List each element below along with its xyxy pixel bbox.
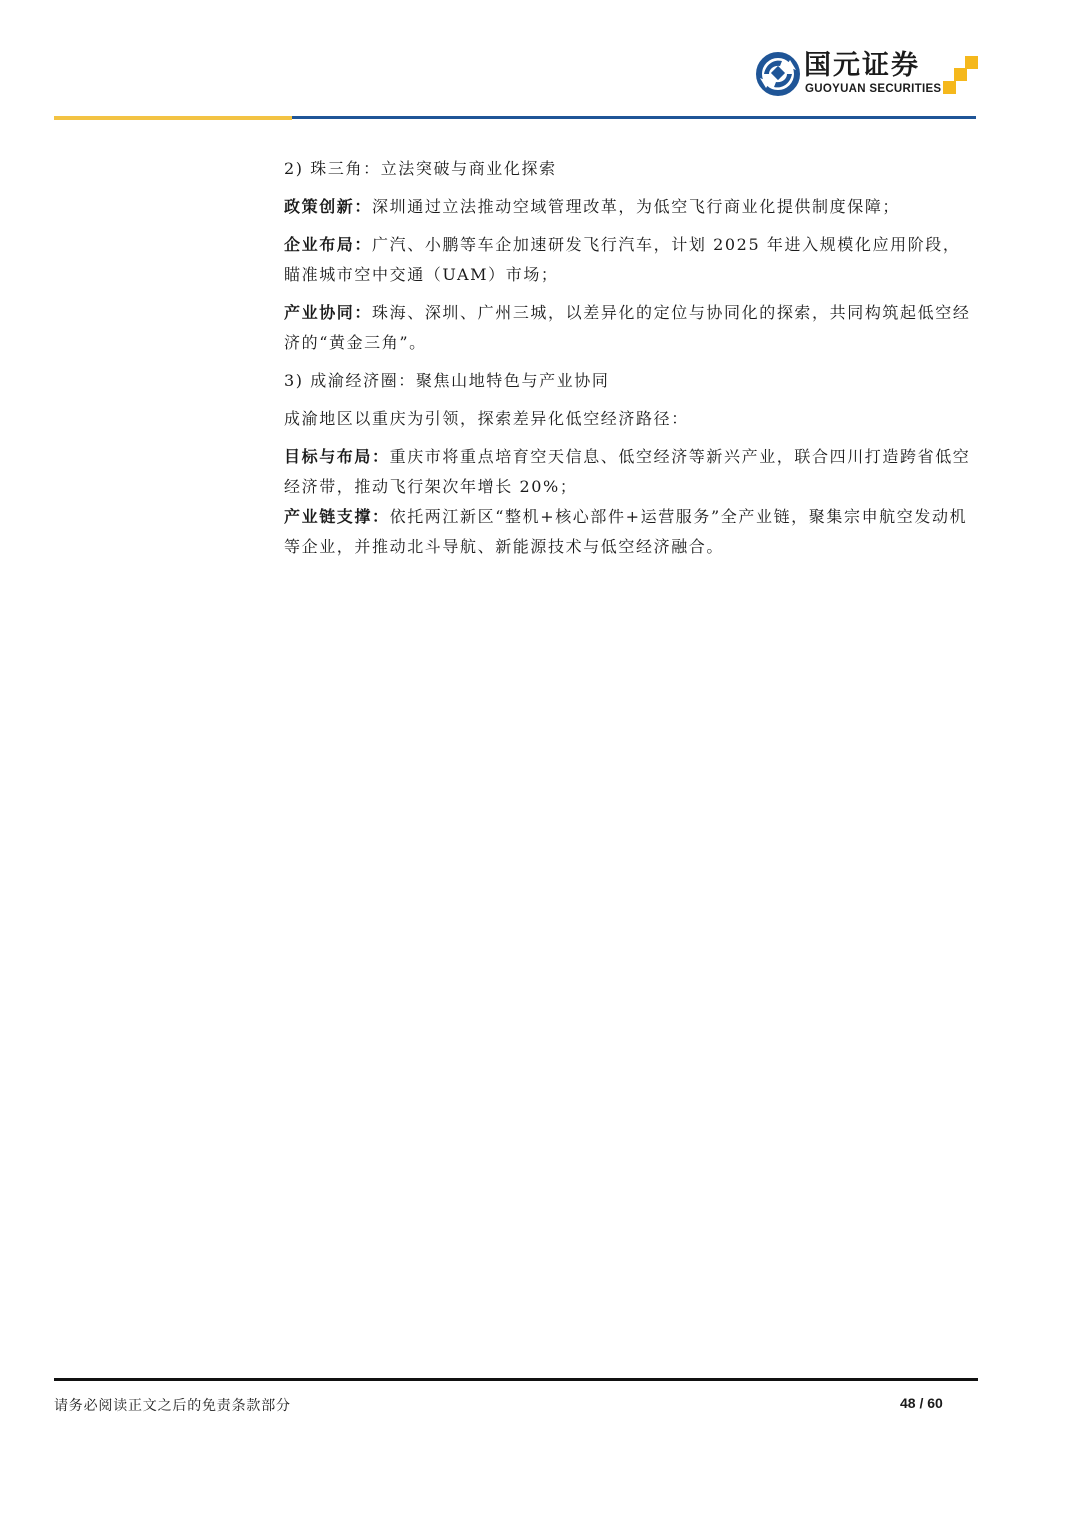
paragraph-text: 深圳通过立法推动空域管理改革，为低空飞行商业化提供制度保障； xyxy=(372,197,900,216)
document-body: 2) 珠三角：立法突破与商业化探索 政策创新：深圳通过立法推动空域管理改革，为低… xyxy=(284,154,974,570)
paragraph-policy-innovation: 政策创新：深圳通过立法推动空域管理改革，为低空飞行商业化提供制度保障； xyxy=(284,192,974,222)
disclaimer-note: 请务必阅读正文之后的免责条款部分 xyxy=(54,1395,291,1415)
paragraph-goals-layout: 目标与布局：重庆市将重点培育空天信息、低空经济等新兴产业，联合四川打造跨省低空经… xyxy=(284,442,974,502)
header-divider-blue xyxy=(292,116,976,119)
paragraph-text: 珠海、深圳、广州三城，以差异化的定位与协同化的探索，共同构筑起低空经济的“黄金三… xyxy=(284,303,970,352)
footer-divider xyxy=(54,1378,978,1381)
paragraph-text: 广汽、小鹏等车企加速研发飞行汽车，计划 2025 年进入规模化应用阶段，瞄准城市… xyxy=(284,235,961,284)
guoyuan-logo-icon xyxy=(756,52,800,96)
paragraph-label: 企业布局： xyxy=(284,235,372,254)
paragraph-label: 产业链支撑： xyxy=(284,507,390,526)
paragraph-enterprise-layout: 企业布局：广汽、小鹏等车企加速研发飞行汽车，计划 2025 年进入规模化应用阶段… xyxy=(284,230,974,290)
page-number: 48 / 60 xyxy=(900,1395,943,1411)
brand-name-en: GUOYUAN SECURITIES xyxy=(805,82,941,96)
header-divider-gold xyxy=(54,116,292,120)
gold-squares-icon xyxy=(942,54,980,96)
paragraph-label: 政策创新： xyxy=(284,197,372,216)
section-heading-chengyu: 3) 成渝经济圈：聚焦山地特色与产业协同 xyxy=(284,366,974,396)
brand-logo: 国元证券 GUOYUAN SECURITIES xyxy=(756,50,980,100)
paragraph-label: 目标与布局： xyxy=(284,447,390,466)
paragraph-industry-chain: 产业链支撑：依托两江新区“整机+核心部件+运营服务”全产业链，聚集宗申航空发动机… xyxy=(284,502,974,562)
paragraph-industry-synergy: 产业协同：珠海、深圳、广州三城，以差异化的定位与协同化的探索，共同构筑起低空经济… xyxy=(284,298,974,358)
header-divider xyxy=(54,116,976,120)
paragraph-chengyu-intro: 成渝地区以重庆为引领，探索差异化低空经济路径： xyxy=(284,404,974,434)
brand-name-cn: 国元证券 xyxy=(804,50,920,82)
section-heading-prd: 2) 珠三角：立法突破与商业化探索 xyxy=(284,154,974,184)
paragraph-label: 产业协同： xyxy=(284,303,372,322)
